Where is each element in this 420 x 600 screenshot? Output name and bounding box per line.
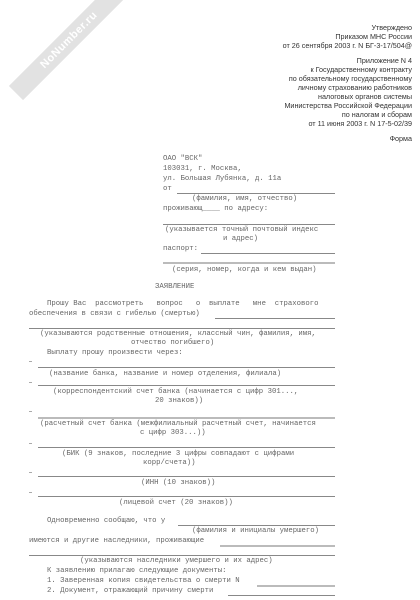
- relation-hint-1: (указываются родственные отношения, клас…: [40, 330, 316, 339]
- appendix-line: к Государственному контракту: [310, 65, 412, 74]
- heirs-field[interactable]: [29, 555, 335, 556]
- passport-field-2[interactable]: [163, 262, 335, 264]
- bik-field[interactable]: [38, 447, 335, 448]
- watermark: NoNumber.ru: [9, 0, 129, 100]
- appendix-line: по налогам и сборам: [342, 110, 412, 119]
- inn-field[interactable]: [38, 476, 335, 477]
- appendix-line: личному страхованию работников: [298, 83, 412, 92]
- addressee-city: 103031, г. Москва,: [163, 165, 242, 174]
- corr-account-hint-1: (корреспондентский счет банка (начинаетс…: [53, 388, 298, 397]
- dash-marker: [29, 443, 32, 444]
- bik-hint-2: корр/счета)): [143, 459, 196, 468]
- appendix-line: по обязательному государственному: [289, 74, 412, 83]
- relation-hint-2: отчество погибшего): [131, 339, 214, 348]
- inn-hint: (ИНН (10 знаков)): [141, 479, 215, 488]
- attachments-intro: К заявлению прилагаю следующие документы…: [47, 567, 227, 576]
- form-label: Форма: [390, 134, 412, 143]
- simultaneously-text: Одновременно сообщаю, что у: [47, 517, 165, 526]
- from-field[interactable]: [177, 193, 335, 194]
- death-certificate-field[interactable]: [257, 585, 335, 587]
- deceased-name-field[interactable]: [215, 318, 335, 319]
- payment-intro: Выплату прошу произвести через:: [47, 349, 183, 358]
- passport-label: паспорт:: [163, 245, 198, 254]
- address-hint-1: (указывается точный почтовый индекс: [165, 226, 318, 235]
- settlement-hint-1: (расчетный счет банка (межфилиальный рас…: [40, 420, 316, 429]
- heirs-hint: (указываются наследники умершего и их ад…: [80, 557, 273, 566]
- dash-marker: [29, 411, 32, 412]
- personal-account-hint: (лицевой счет (20 знаков)): [119, 499, 233, 508]
- heirs-residence-field[interactable]: [220, 545, 335, 547]
- dash-marker: [29, 472, 32, 473]
- addressee-street: ул. Большая Лубянка, д. 11а: [163, 175, 281, 184]
- dash-marker: [29, 492, 32, 493]
- dash-marker: [29, 361, 32, 362]
- approval-line: Утверждено: [371, 23, 412, 32]
- approval-line: от 26 сентября 2003 г. N БГ-3-17/504@: [283, 41, 412, 50]
- address-hint-2: и адрес): [223, 235, 258, 244]
- appendix-line: Приложение N 4: [357, 56, 412, 65]
- addressee-org: ОАО "ВСК": [163, 155, 202, 164]
- appendix-line: от 11 июня 2003 г. N 17-5-02/39: [308, 119, 412, 128]
- approval-line: Приказом МНС России: [335, 32, 412, 41]
- address-field[interactable]: [163, 224, 335, 225]
- attachment-item: 1. Заверенная копия свидетельства о смер…: [47, 577, 240, 586]
- relation-field[interactable]: [29, 328, 335, 329]
- bik-hint-1: (БИК (9 знаков, последние 3 цифры совпад…: [62, 450, 294, 459]
- death-cause-field[interactable]: [228, 595, 335, 596]
- request-line-2: обеспечения в связи с гибелью (смертью): [29, 310, 200, 319]
- deceased-initials-field[interactable]: [178, 525, 335, 526]
- dash-marker: [29, 382, 32, 383]
- corr-account-field[interactable]: [38, 385, 335, 386]
- personal-account-field[interactable]: [38, 496, 335, 497]
- attachment-item: 2. Документ, отражающий причину смерти: [47, 587, 213, 596]
- corr-account-hint-2: 20 знаков)): [155, 397, 203, 406]
- request-line-1: Прошу Вас рассмотреть вопрос о выплате м…: [47, 300, 319, 309]
- residing-label: проживающ____ по адресу:: [163, 205, 268, 214]
- bank-name-field[interactable]: [38, 367, 335, 368]
- bank-name-hint: (название банка, название и номер отделе…: [49, 370, 281, 379]
- settlement-hint-2: с цифр 303...)): [140, 429, 206, 438]
- settlement-account-field[interactable]: [38, 417, 335, 419]
- appendix-line: Министерства Российской Федерации: [284, 101, 412, 110]
- from-label: от: [163, 185, 172, 194]
- other-heirs-text: имеются и другие наследники, проживающие: [29, 537, 204, 546]
- appendix-line: налоговых органов системы: [318, 92, 412, 101]
- document-title: ЗАЯВЛЕНИЕ: [155, 283, 194, 292]
- passport-hint: (серия, номер, когда и кем выдан): [172, 266, 317, 275]
- from-hint: (фамилия, имя, отчество): [192, 195, 297, 204]
- deceased-hint: (фамилия и инициалы умершего): [192, 527, 319, 536]
- passport-field[interactable]: [201, 253, 335, 254]
